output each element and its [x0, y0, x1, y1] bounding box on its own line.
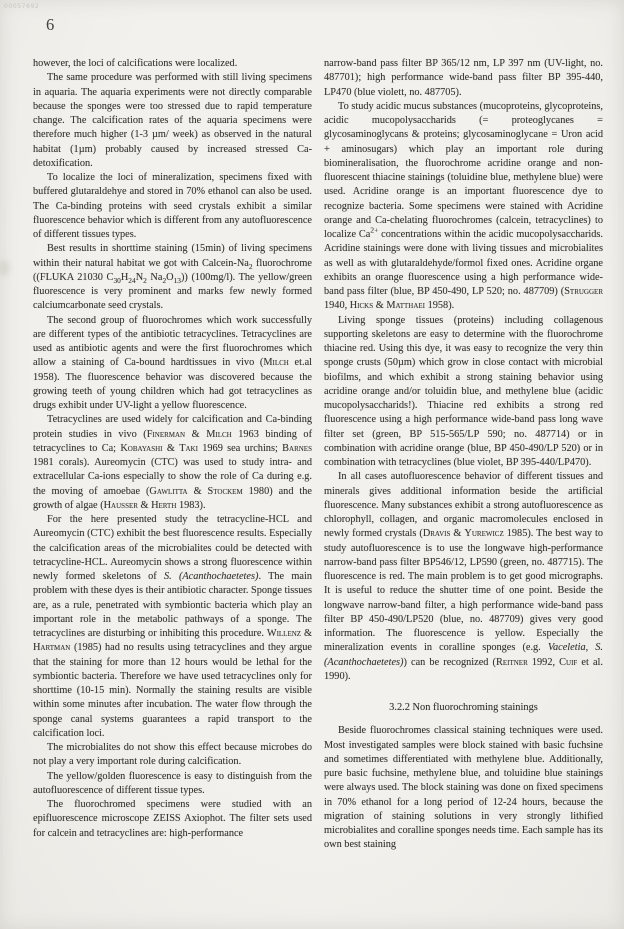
scan-smudge: [0, 260, 9, 276]
paragraph: Living sponge tissues (proteins) includi…: [324, 314, 603, 471]
text-columns: however, the loci of calcifications were…: [33, 57, 603, 853]
paragraph: The same procedure was performed with st…: [33, 71, 312, 171]
paragraph: however, the loci of calcifications were…: [33, 57, 312, 71]
scan-number-mark: 00057692: [4, 3, 39, 10]
paragraph: narrow-band pass filter BP 365/12 nm, LP…: [324, 57, 603, 100]
page-number: 6: [46, 15, 54, 35]
section-heading: 3.2.2 Non fluorochroming stainings: [324, 701, 603, 715]
paragraph: The yellow/golden fluorescence is easy t…: [33, 770, 312, 799]
paragraph: Tetracyclines are used widely for calcif…: [33, 413, 312, 513]
paragraph: For the here presented study the tetracy…: [33, 513, 312, 741]
paragraph: To study acidic mucus substances (mucopr…: [324, 100, 603, 314]
paragraph: The second group of fluorochromes which …: [33, 314, 312, 414]
left-column: however, the loci of calcifications were…: [33, 57, 312, 853]
paragraph: In all cases autofluorescence behavior o…: [324, 470, 603, 684]
right-column: narrow-band pass filter BP 365/12 nm, LP…: [324, 57, 603, 853]
paragraph: Beside fluorochromes classical staining …: [324, 724, 603, 852]
paragraph: The microbialites do not show this effec…: [33, 741, 312, 770]
paragraph: The fluorochromed specimens were studied…: [33, 798, 312, 841]
paragraph: Best results in shorttime staining (15mi…: [33, 242, 312, 313]
paragraph: To localize the loci of mineralization, …: [33, 171, 312, 242]
scanned-paper-page: 00057692 6 however, the loci of calcific…: [0, 0, 624, 929]
